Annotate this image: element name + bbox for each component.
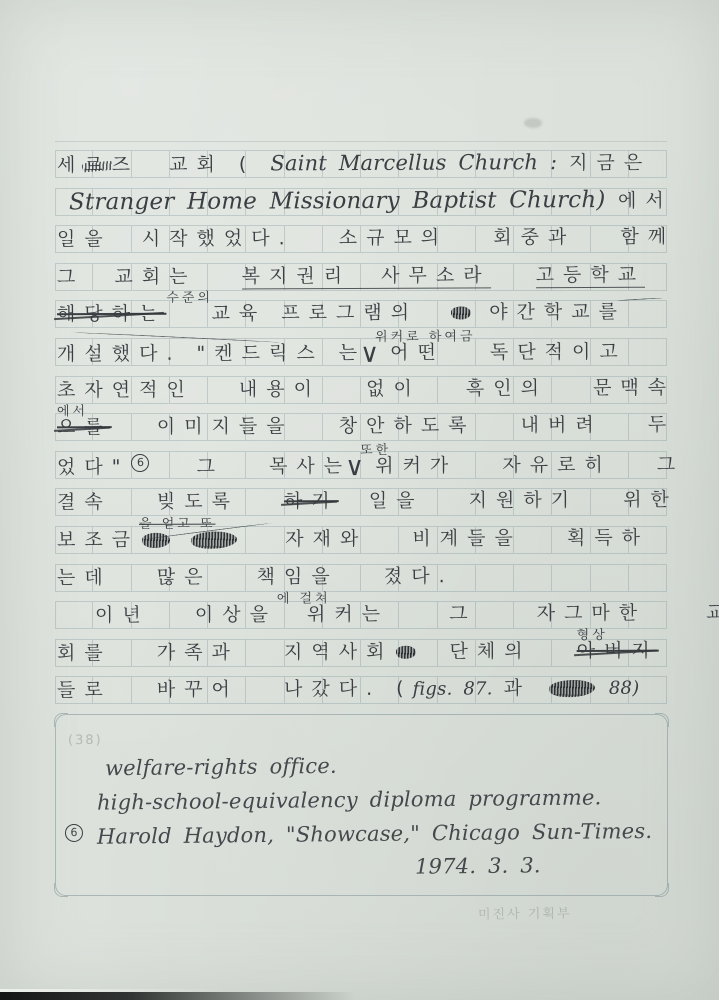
hangul-text: 이미지들을 창안하도록 내버려 두 — [112, 414, 676, 438]
handwritten-line: 초자연적인 내용이 없이 흑인의 문맥속 — [57, 372, 675, 405]
handwritten-line: 일을 시작했었다. 소규모의 회중과 함께 — [57, 222, 675, 255]
struck-text: 하기 — [284, 491, 339, 513]
pencil-smudge — [524, 118, 542, 128]
latin-text: high-school-equivalency diploma programm… — [97, 785, 602, 814]
grid-cell — [591, 564, 629, 592]
grid-cell — [55, 601, 93, 629]
hangul-text: 지금은 — [569, 152, 651, 174]
hangul-text: 초자연적인 내용이 없이 흑인의 문맥속 — [57, 376, 675, 401]
hangul-text: 결속 빚도록 — [57, 491, 284, 514]
latin-text: 1974. 3. 3. — [415, 853, 541, 878]
struck-text: 아버지 — [577, 639, 659, 661]
latin-text: Saint Marcellus Church : — [270, 150, 569, 175]
handwritten-line: 는데 많은 책임을 졌다. — [57, 561, 454, 593]
hangul-text: 고등학교 — [536, 264, 646, 288]
hangul-text: 일을 시작했었다. 소규모의 회중과 함께 — [57, 226, 675, 251]
hangul-text: 즈 교회 ( — [112, 153, 271, 176]
handwritten-line: 들로 바꾸어 나갔다. (figs. 87. 과 88) — [57, 673, 640, 707]
hangul-text: 과 — [503, 678, 546, 700]
note-line: 1974. 3. 3. — [415, 850, 541, 881]
faint-text: (38) — [68, 733, 103, 748]
grid-cell — [629, 338, 667, 366]
hangul-text: 들로 바꾸어 나갔다. ( — [57, 678, 413, 702]
scan-edge-shadow — [0, 992, 374, 1000]
handwritten-line: 결속 빚도록 하기 일을 지원하기 위한 — [57, 485, 678, 518]
scribble-mark — [396, 645, 417, 659]
handwritten-line: 었다"6 그 목사는∨또한 위커가 자유로히 그 — [57, 447, 684, 482]
notebox-corner-ornament — [54, 713, 68, 727]
hangul-text: 회를 가족과 지역사회 — [57, 641, 394, 664]
note-line: high-school-equivalency diploma programm… — [97, 782, 602, 817]
latin-text: 88) — [598, 678, 640, 699]
hangul-text — [490, 264, 535, 286]
hangul-text: 복지권리 사무소라 — [242, 264, 491, 289]
handwritten-line: 그 교회는 복지권리 사무소라 고등학교 — [57, 260, 645, 293]
notebox-corner-ornament — [655, 883, 669, 897]
hangul-text: 일을 지원하기 위한 — [339, 489, 678, 512]
grid-cell — [629, 564, 667, 592]
notebox-corner-ornament — [54, 883, 68, 897]
handwritten-line: 이년 이상을에 걸쳐 위커는 그 자그마한 교 — [95, 598, 719, 631]
hangul-text: 단체의 — [419, 640, 576, 663]
handwritten-line: 세르즈 교회 ( Saint Marcellus Church : 지금은 — [57, 147, 651, 181]
hangul-text: 개설했다. "켄드릭스 는 — [57, 342, 366, 365]
scribble-mark — [142, 532, 171, 549]
hangul-text: 에서 — [618, 189, 673, 211]
struck-text: 해당하는 — [57, 303, 167, 325]
handwritten-line: 보조금을 얻고 또 자재와 비계들을 획득하 — [57, 523, 649, 556]
hangul-text: 그 목사는 — [151, 455, 351, 478]
hangul-text: 이년 이상을 — [95, 604, 277, 627]
latin-text: Stranger Home Missionary Baptist Church) — [69, 187, 618, 215]
struck-text: 으를 — [57, 416, 112, 438]
latin-text: welfare-rights office. — [105, 754, 337, 780]
faint-text: 미진사 기획부 — [478, 907, 572, 923]
scribble-mark — [191, 530, 238, 550]
handwritten-line: 에서으를 이미지들을 창안하도록 내버려 두 — [57, 410, 675, 443]
note-line: welfare-rights office. — [105, 751, 337, 783]
grid-cell — [476, 564, 514, 592]
grid-top-margin-line — [55, 141, 667, 142]
hangul-text: 보조금 — [57, 529, 139, 551]
hangul-text: 는데 많은 책임을 졌다. — [57, 565, 454, 589]
hangul-text: 었다" — [57, 456, 130, 478]
handwritten-line: Stranger Home Missionary Baptist Church)… — [69, 184, 673, 218]
latin-text: figs. 87. — [413, 679, 504, 700]
notebox-corner-ornament — [655, 713, 669, 727]
handwritten-line: 개설했다. "켄드릭스 는∨위커로 하여금 어떤 독단적이고 — [57, 335, 627, 369]
imprint-text: 미진사 기획부 — [478, 896, 572, 931]
hangul-text: 르 — [84, 154, 111, 176]
grid-cell — [629, 300, 667, 328]
footnote-marker: 6 — [65, 824, 83, 842]
handwritten-line: 해당하는수준의 교육 프로그램의 야간학교를 — [57, 297, 626, 329]
grid-cell — [552, 564, 590, 592]
hangul-text: 자재와 비계들을 획득하 — [240, 527, 649, 551]
hangul-text: 세 — [57, 154, 84, 176]
hangul-text: 야간학교를 — [474, 301, 626, 324]
page-mark: (38) — [68, 722, 103, 756]
note-line: 6 Harold Haydon, "Showcase," Chicago Sun… — [63, 816, 653, 852]
hangul-text: 위커는 그 자그마한 교 — [277, 602, 719, 626]
footnote-marker: 6 — [131, 453, 149, 471]
handwritten-line: 회를 가족과 지역사회 단체의 형상아버지 — [57, 635, 659, 668]
latin-text: Harold Haydon, "Showcase," Chicago Sun-T… — [85, 819, 652, 849]
scribble-mark — [549, 679, 596, 699]
scribble-mark — [451, 306, 472, 320]
hangul-text: 위커가 자유로히 그 — [360, 453, 684, 476]
hangul-text — [173, 529, 188, 551]
grid-cell — [514, 564, 552, 592]
hangul-text: 그 교회는 — [57, 265, 242, 288]
scanned-manuscript-paper: 세르즈 교회 ( Saint Marcellus Church : 지금은Str… — [0, 0, 719, 1000]
